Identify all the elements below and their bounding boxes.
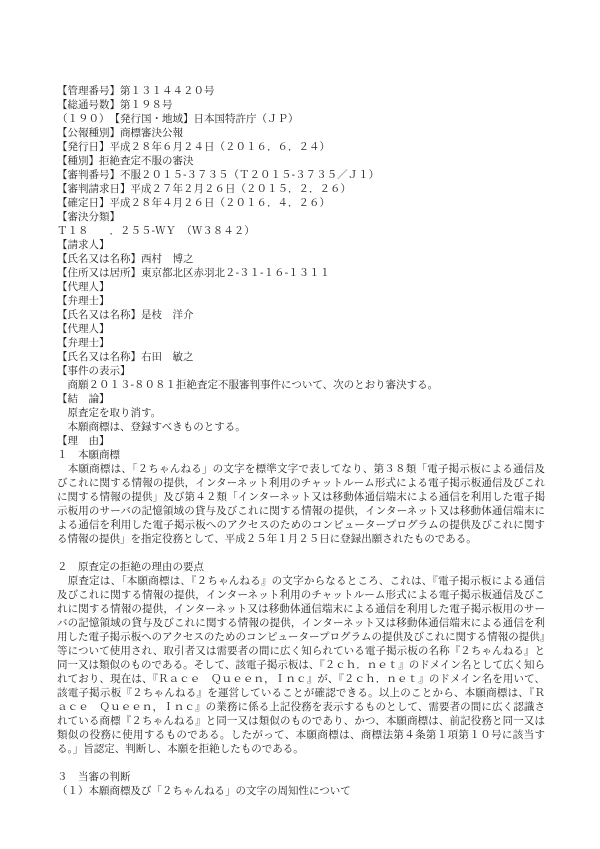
gazette-page: 【管理番号】第１３１４４２０号【総通号数】第１９８号（１９０） 【発行国・地域】… — [0, 0, 600, 849]
doc-line: 【審判請求日】平成２７年２月２６日（２０１５．２．２６） — [57, 182, 545, 196]
section-paragraph: 本願商標は、「２ちゃんねる」の文字を標準文字で表してなり、第３８類「電子掲示板に… — [57, 462, 545, 546]
doc-line: 【結 論】 — [57, 392, 545, 406]
section-heading: １ 本願商標 — [57, 448, 545, 462]
doc-section: ２ 原査定の拒絶の理由の要点 原査定は、「本願商標は、『２ちゃんねる』の文字から… — [57, 560, 545, 756]
doc-line: 【氏名又は名称】右田 敏之 — [57, 350, 545, 364]
doc-line: 【管理番号】第１３１４４２０号 — [57, 84, 545, 98]
doc-line: 【事件の表示】 — [57, 364, 545, 378]
doc-line: 【総通号数】第１９８号 — [57, 98, 545, 112]
section-heading: ３ 当審の判断 — [57, 770, 545, 784]
doc-line: Ｔ１８ ．２５５-ＷＹ （Ｗ３８４２） — [57, 224, 545, 238]
doc-section: ３ 当審の判断（１）本願商標及び「２ちゃんねる」の文字の周知性について — [57, 770, 545, 798]
doc-line: 本願商標は、登録すべきものとする。 — [57, 420, 545, 434]
doc-line: 【審決分類】 — [57, 210, 545, 224]
doc-line: 【公報種別】商標審決公報 — [57, 126, 545, 140]
doc-section: １ 本願商標 本願商標は、「２ちゃんねる」の文字を標準文字で表してなり、第３８類… — [57, 448, 545, 546]
doc-line: 【種別】拒絶査定不服の審決 — [57, 154, 545, 168]
doc-line: 【弁理士】 — [57, 336, 545, 350]
decision-body: １ 本願商標 本願商標は、「２ちゃんねる」の文字を標準文字で表してなり、第３８類… — [57, 448, 545, 798]
bibliographic-section: 【管理番号】第１３１４４２０号【総通号数】第１９８号（１９０） 【発行国・地域】… — [57, 84, 545, 448]
doc-line: 【審判番号】不服２０１５-３７３５（Ｔ２０１５-３７３５／Ｊ１） — [57, 168, 545, 182]
doc-line: 【代理人】 — [57, 280, 545, 294]
section-heading: ２ 原査定の拒絶の理由の要点 — [57, 560, 545, 574]
doc-line: 【代理人】 — [57, 322, 545, 336]
doc-line: 【請求人】 — [57, 238, 545, 252]
section-paragraph: （１）本願商標及び「２ちゃんねる」の文字の周知性について — [57, 784, 545, 798]
section-paragraph: 原査定は、「本願商標は、『２ちゃんねる』の文字からなるところ、これは、『電子掲示… — [57, 574, 545, 756]
doc-line: 商願２０１３-８０８１拒絶査定不服審判事件について、次のとおり審決する。 — [57, 378, 545, 392]
doc-line: 【発行日】平成２８年６月２４日（２０１６．６．２４） — [57, 140, 545, 154]
doc-line: 【理 由】 — [57, 434, 545, 448]
doc-line: 原査定を取り消す。 — [57, 406, 545, 420]
doc-line: 【確定日】平成２８年４月２６日（２０１６．４．２６） — [57, 196, 545, 210]
doc-line: 【氏名又は名称】是枝 洋介 — [57, 308, 545, 322]
doc-line: 【弁理士】 — [57, 294, 545, 308]
doc-line: 【氏名又は名称】西村 博之 — [57, 252, 545, 266]
doc-line: （１９０） 【発行国・地域】日本国特許庁（ＪＰ） — [57, 112, 545, 126]
doc-line: 【住所又は居所】東京都北区赤羽北２-３１-１６-１３１１ — [57, 266, 545, 280]
trademark-decision-document: 【管理番号】第１３１４４２０号【総通号数】第１９８号（１９０） 【発行国・地域】… — [57, 84, 545, 798]
